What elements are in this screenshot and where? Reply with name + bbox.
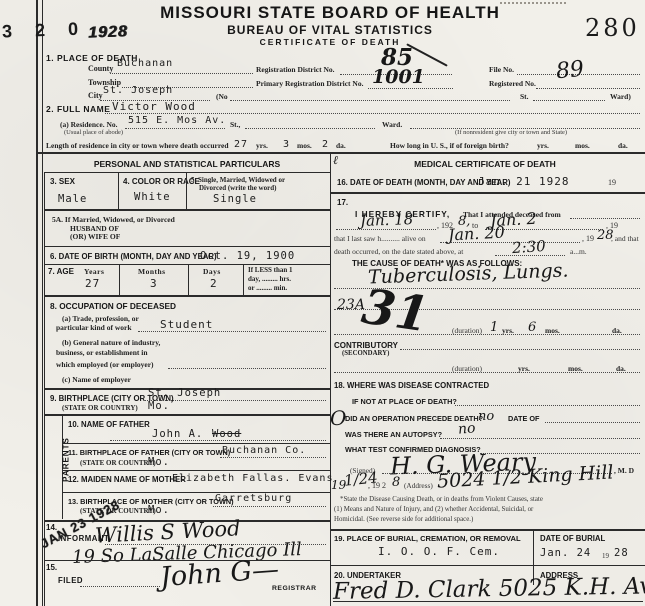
- nonresident-note: (If nonresident give city or town and St…: [455, 129, 567, 136]
- employer-label: (c) Name of employer: [62, 375, 131, 384]
- age-months-value: 3: [150, 277, 158, 290]
- cell-divider: [118, 172, 119, 209]
- age-days-value: 2: [210, 277, 218, 290]
- secondary-label: (SECONDARY): [342, 350, 389, 357]
- trade-label-1: (a) Trade, profession, or: [62, 314, 139, 323]
- city-value: St. Joseph: [103, 85, 173, 96]
- length-yrs-value: 27: [234, 139, 248, 150]
- row-line: [331, 192, 645, 194]
- filed-line: [80, 585, 160, 587]
- date-of-death-value: Jan. 21 1928: [478, 175, 569, 188]
- marital-label-1: 5. Single, Married, Widowed or: [191, 176, 285, 184]
- certify-line-1: [570, 217, 640, 219]
- row-line: [44, 414, 330, 416]
- certificate-title: CERTIFICATE OF DEATH: [0, 37, 645, 47]
- last-saw-label: that I last saw h.......... alive on: [334, 234, 426, 243]
- residence-st-label: St.,: [230, 120, 240, 129]
- printed-19-d: , 19: [582, 234, 594, 243]
- contributory-label: CONTRIBUTORY: [334, 341, 398, 350]
- printed-19-a: 19: [608, 178, 616, 187]
- us-length-label: How long in U. S., if of foreign birth?: [390, 141, 509, 150]
- date-of-burial-label: DATE OF BURIAL: [540, 534, 605, 543]
- age-cell-divider: [243, 264, 244, 295]
- board-title: MISSOURI STATE BOARD OF HEALTH: [0, 3, 645, 23]
- father-name-label: 10. NAME OF FATHER: [68, 420, 150, 429]
- operation-line: [545, 421, 640, 423]
- date-of-label: DATE OF: [508, 414, 539, 423]
- no-line: [230, 99, 510, 101]
- birthplace-value: St. Joseph: [148, 387, 221, 399]
- cell-divider: [186, 172, 187, 209]
- mother-state-value: Mo.: [148, 504, 170, 516]
- no-label: (No: [216, 92, 228, 101]
- race-label: 4. COLOR OR RACE: [123, 177, 200, 186]
- ward-label: Ward): [610, 92, 631, 101]
- age-label: 7. AGE: [48, 267, 74, 276]
- marital-label-2: Divorced (write the word): [199, 184, 276, 192]
- bureau-title: BUREAU OF VITAL STATISTICS: [0, 23, 645, 37]
- pen-mark-o: O: [330, 406, 346, 430]
- certify-line-5: [495, 254, 565, 256]
- st-label: St.: [520, 92, 529, 101]
- footnote-line-1: *State the Disease Causing Death, or in …: [340, 496, 543, 503]
- mos-label: mos.: [297, 141, 312, 150]
- state-country-label-1: (STATE OR COUNTRY): [62, 404, 138, 412]
- registration-district-label: Registration District No.: [256, 65, 335, 74]
- left-border-inner: [42, 0, 43, 606]
- if-not-line: [455, 404, 640, 406]
- race-value: White: [134, 191, 171, 203]
- birthplace-state-value: Mo.: [148, 400, 170, 412]
- death-occurred-label: death occurred, on the date stated above…: [334, 247, 463, 256]
- age-years-value: 27: [85, 277, 100, 290]
- signed-year-value: 8: [392, 475, 400, 490]
- wife-of-label: (OR) WIFE OF: [70, 232, 120, 241]
- am-label: a...m.: [570, 247, 587, 256]
- where-contracted-label: 18. WHERE WAS DISEASE CONTRACTED: [334, 381, 489, 390]
- us-da-label: da.: [618, 141, 628, 150]
- date-of-burial-value: Jan. 24: [540, 547, 591, 559]
- row-line: [331, 565, 645, 566]
- row-line: [44, 295, 330, 297]
- trade-label-2: particular kind of work: [56, 323, 132, 332]
- industry-label-1: (b) General nature of industry,: [62, 338, 160, 347]
- if-less-label-1: If LESS than 1: [248, 266, 293, 274]
- trade-line: [138, 330, 326, 332]
- us-mos-label: mos.: [575, 141, 590, 150]
- age-cell-divider: [119, 264, 120, 295]
- stray-pen-mark: ℓ: [333, 153, 338, 168]
- county-line: [110, 72, 253, 74]
- mother-name-value: Elizabeth Fallas. Evans: [172, 473, 333, 484]
- st-line: [533, 99, 605, 101]
- abode-note: (Usual place of abode): [64, 129, 123, 136]
- sex-value: Male: [58, 193, 87, 205]
- residence-value: 515 E. Mos Av.: [128, 115, 226, 126]
- primary-registration-label: Primary Registration District No.: [256, 79, 363, 88]
- row-line: [44, 246, 330, 247]
- row-line: [44, 209, 330, 211]
- left-border-outer: [36, 0, 38, 606]
- full-name-line: [105, 112, 640, 114]
- primary-registration-line: [368, 87, 453, 89]
- row-line: [62, 443, 330, 444]
- place-of-burial-label: 19. PLACE OF BURIAL, CREMATION, OR REMOV…: [334, 534, 521, 543]
- section-divider: [38, 152, 645, 154]
- full-name-label: 2. FULL NAME: [46, 104, 110, 114]
- primary-registration-value: 1001: [372, 66, 425, 88]
- mother-birthplace-line: [213, 505, 326, 507]
- and-that-label: , and that: [611, 234, 639, 243]
- length-da-value: 2: [322, 139, 329, 150]
- right-column-header: MEDICAL CERTIFICATE OF DEATH: [330, 159, 640, 169]
- autopsy-line: [440, 437, 640, 439]
- autopsy-value: no: [457, 420, 476, 437]
- father-name-line: [110, 439, 326, 441]
- operation-value: no: [478, 409, 494, 424]
- yrs-label: yrs.: [256, 141, 268, 150]
- father-birthplace-line: [220, 456, 326, 458]
- residence-label: (a) Residence. No.: [60, 120, 118, 129]
- residence-line: [125, 127, 225, 129]
- address-label: (Address): [404, 481, 433, 490]
- file-no-label: File No.: [489, 65, 514, 74]
- autopsy-label: WAS THERE AN AUTOPSY?: [345, 430, 442, 439]
- duration-line-1: [334, 333, 640, 335]
- mother-birthplace-value: Garretsburg: [215, 493, 292, 504]
- occupation-label: 8. OCCUPATION OF DECEASED: [50, 301, 176, 311]
- printed-19-f: 19: [602, 552, 609, 560]
- father-state-value: Mo.: [148, 456, 170, 468]
- county-value: Buchanan: [117, 58, 173, 69]
- state-country-label-2: (STATE OR COUNTRY): [80, 459, 156, 467]
- filed-label: FILED: [58, 576, 83, 585]
- date-of-birth-label: 6. DATE OF BIRTH (MONTH, DAY AND YEAR): [50, 252, 217, 261]
- row-line: [331, 529, 645, 531]
- age-months-header: Months: [138, 267, 166, 276]
- row-line: [62, 470, 330, 471]
- undertaker-underline: [333, 601, 643, 602]
- marital-value: Single: [213, 193, 257, 205]
- footnote-line-3: Homicidal. (See reverse side for additio…: [334, 516, 473, 523]
- duration-line-2: [334, 371, 640, 373]
- industry-label-3: which employed (or employer): [56, 360, 154, 369]
- length-mos-value: 3: [283, 139, 290, 150]
- if-married-label: 5A. If Married, Widowed, or Divorced: [52, 215, 175, 224]
- industry-line: [168, 367, 326, 369]
- age-days-header: Days: [203, 267, 221, 276]
- death-certificate-document: 3 2 0 1928 MISSOURI STATE BOARD OF HEALT…: [0, 0, 645, 606]
- us-yrs-label: yrs.: [537, 141, 549, 150]
- mother-name-label: 12. MAIDEN NAME OF MOTHER: [68, 475, 186, 484]
- father-birthplace-value: Buchanan Co.: [222, 445, 306, 456]
- registered-no-value: 89: [555, 57, 585, 85]
- contributory-line: [400, 348, 640, 350]
- da-label: da.: [336, 141, 346, 150]
- industry-label-2: business, or establishment in: [56, 348, 148, 357]
- md-label: , M. D: [614, 466, 634, 475]
- date-of-birth-value: Oct. 19, 1900: [200, 250, 295, 262]
- column-divider: [330, 152, 331, 606]
- registered-no-label: Registered No.: [489, 79, 536, 88]
- length-residence-label: Length of residence in city or town wher…: [46, 141, 229, 150]
- registrar-label: REGISTRAR: [272, 585, 317, 592]
- age-years-header: Years: [84, 267, 104, 276]
- birthplace-line: [145, 399, 326, 401]
- registered-no-line: [536, 87, 640, 89]
- age-cell-divider: [188, 264, 189, 295]
- place-of-burial-value: I. O. O. F. Cem.: [378, 545, 500, 558]
- item-17-number: 17.: [337, 198, 348, 207]
- row-line: [44, 264, 330, 265]
- page-number: 280: [585, 14, 640, 42]
- burial-year-value: 28: [614, 547, 629, 559]
- residence-ward-label: Ward.: [382, 120, 402, 129]
- attended-from-value: Jan. 18: [360, 210, 414, 230]
- residence-st-line: [245, 127, 375, 129]
- if-less-label-2: day, ......... hrs.: [248, 275, 291, 283]
- sex-label: 3. SEX: [50, 177, 75, 186]
- item-15-number: 15.: [46, 563, 57, 572]
- left-column-header: PERSONAL AND STATISTICAL PARTICULARS: [44, 159, 330, 169]
- if-less-label-3: or ......... min.: [248, 284, 287, 292]
- printed-19-e: , 19 2: [368, 481, 386, 490]
- if-not-at-place-label: IF NOT AT PLACE OF DEATH?: [352, 397, 457, 406]
- certify-line-4: [440, 241, 580, 243]
- row-line: [44, 172, 330, 173]
- footnote-line-2: (1) Means and Nature of Injury, and (2) …: [334, 506, 533, 513]
- certify-line-2: [336, 228, 436, 230]
